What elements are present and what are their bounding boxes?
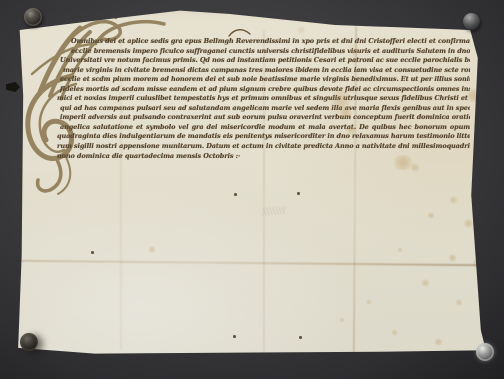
speck: [299, 336, 302, 339]
manuscript-line: rum sigilli nostri appensione munitarum.…: [57, 142, 470, 152]
parchment-document: Omnibus dei et aplice sedis gra epus Bel…: [0, 0, 504, 379]
stain: [410, 163, 420, 172]
speck: [297, 192, 300, 195]
manuscript-line: mici et noxias imperii cuiuslibet tempes…: [57, 94, 470, 104]
stain: [455, 299, 463, 306]
horizontal-fold-crease: [20, 260, 479, 266]
stain: [448, 254, 457, 262]
manuscript-line: nono dominica die quartadecima mensis Oc…: [57, 152, 330, 162]
push-pin-bottom-right-icon: [476, 343, 494, 361]
speck: [234, 193, 237, 196]
stain: [148, 246, 156, 253]
manuscript-line: Universitati vre notum facimus primis. Q…: [57, 56, 470, 66]
manuscript-line: fideles mortis ad scdam misse eandem et …: [57, 85, 470, 95]
manuscript-line: Omnibus dei et aplice sedis gra epus Bel…: [57, 37, 470, 47]
stain: [366, 299, 372, 305]
speck: [91, 251, 94, 254]
stain: [391, 329, 398, 336]
stain: [472, 142, 485, 154]
stain: [427, 212, 435, 219]
stain: [463, 219, 474, 228]
manuscript-line: imperii adversis aut pulsando contraxeri…: [57, 113, 470, 123]
push-pin-top-right-icon: [463, 13, 480, 30]
manuscript-line: qui ad has campanas pulsari seu ad salut…: [57, 104, 470, 114]
stain: [421, 279, 430, 287]
stain: [449, 196, 458, 204]
left-edge-clip-icon: [6, 82, 20, 92]
push-pin-top-left-icon: [24, 8, 42, 26]
manuscript-line: angelica salutatione et symbolo vel gra …: [57, 123, 470, 133]
stain: [296, 26, 306, 34]
stain: [472, 258, 483, 268]
push-pin-bottom-left-icon: [20, 333, 38, 351]
stain: [434, 338, 443, 346]
manuscript-line: ecclie et scdm pium morem ad honorem dei…: [57, 75, 470, 85]
manuscript-line: ecclie bremensis impero ficulco suffraga…: [57, 47, 470, 57]
manuscript-line: quadraginta dies indulgentiarum de manda…: [57, 132, 470, 142]
pencil-archival-mark: [262, 206, 287, 216]
stain: [397, 247, 403, 253]
speck: [233, 335, 236, 338]
manuscript-line: marie virginis in civitate bremensi dict…: [57, 66, 470, 76]
stain: [339, 317, 345, 323]
manuscript-text-block: Omnibus dei et aplice sedis gra epus Bel…: [57, 37, 470, 161]
photo-stage: Omnibus dei et aplice sedis gra epus Bel…: [0, 0, 504, 379]
stain: [474, 164, 485, 174]
